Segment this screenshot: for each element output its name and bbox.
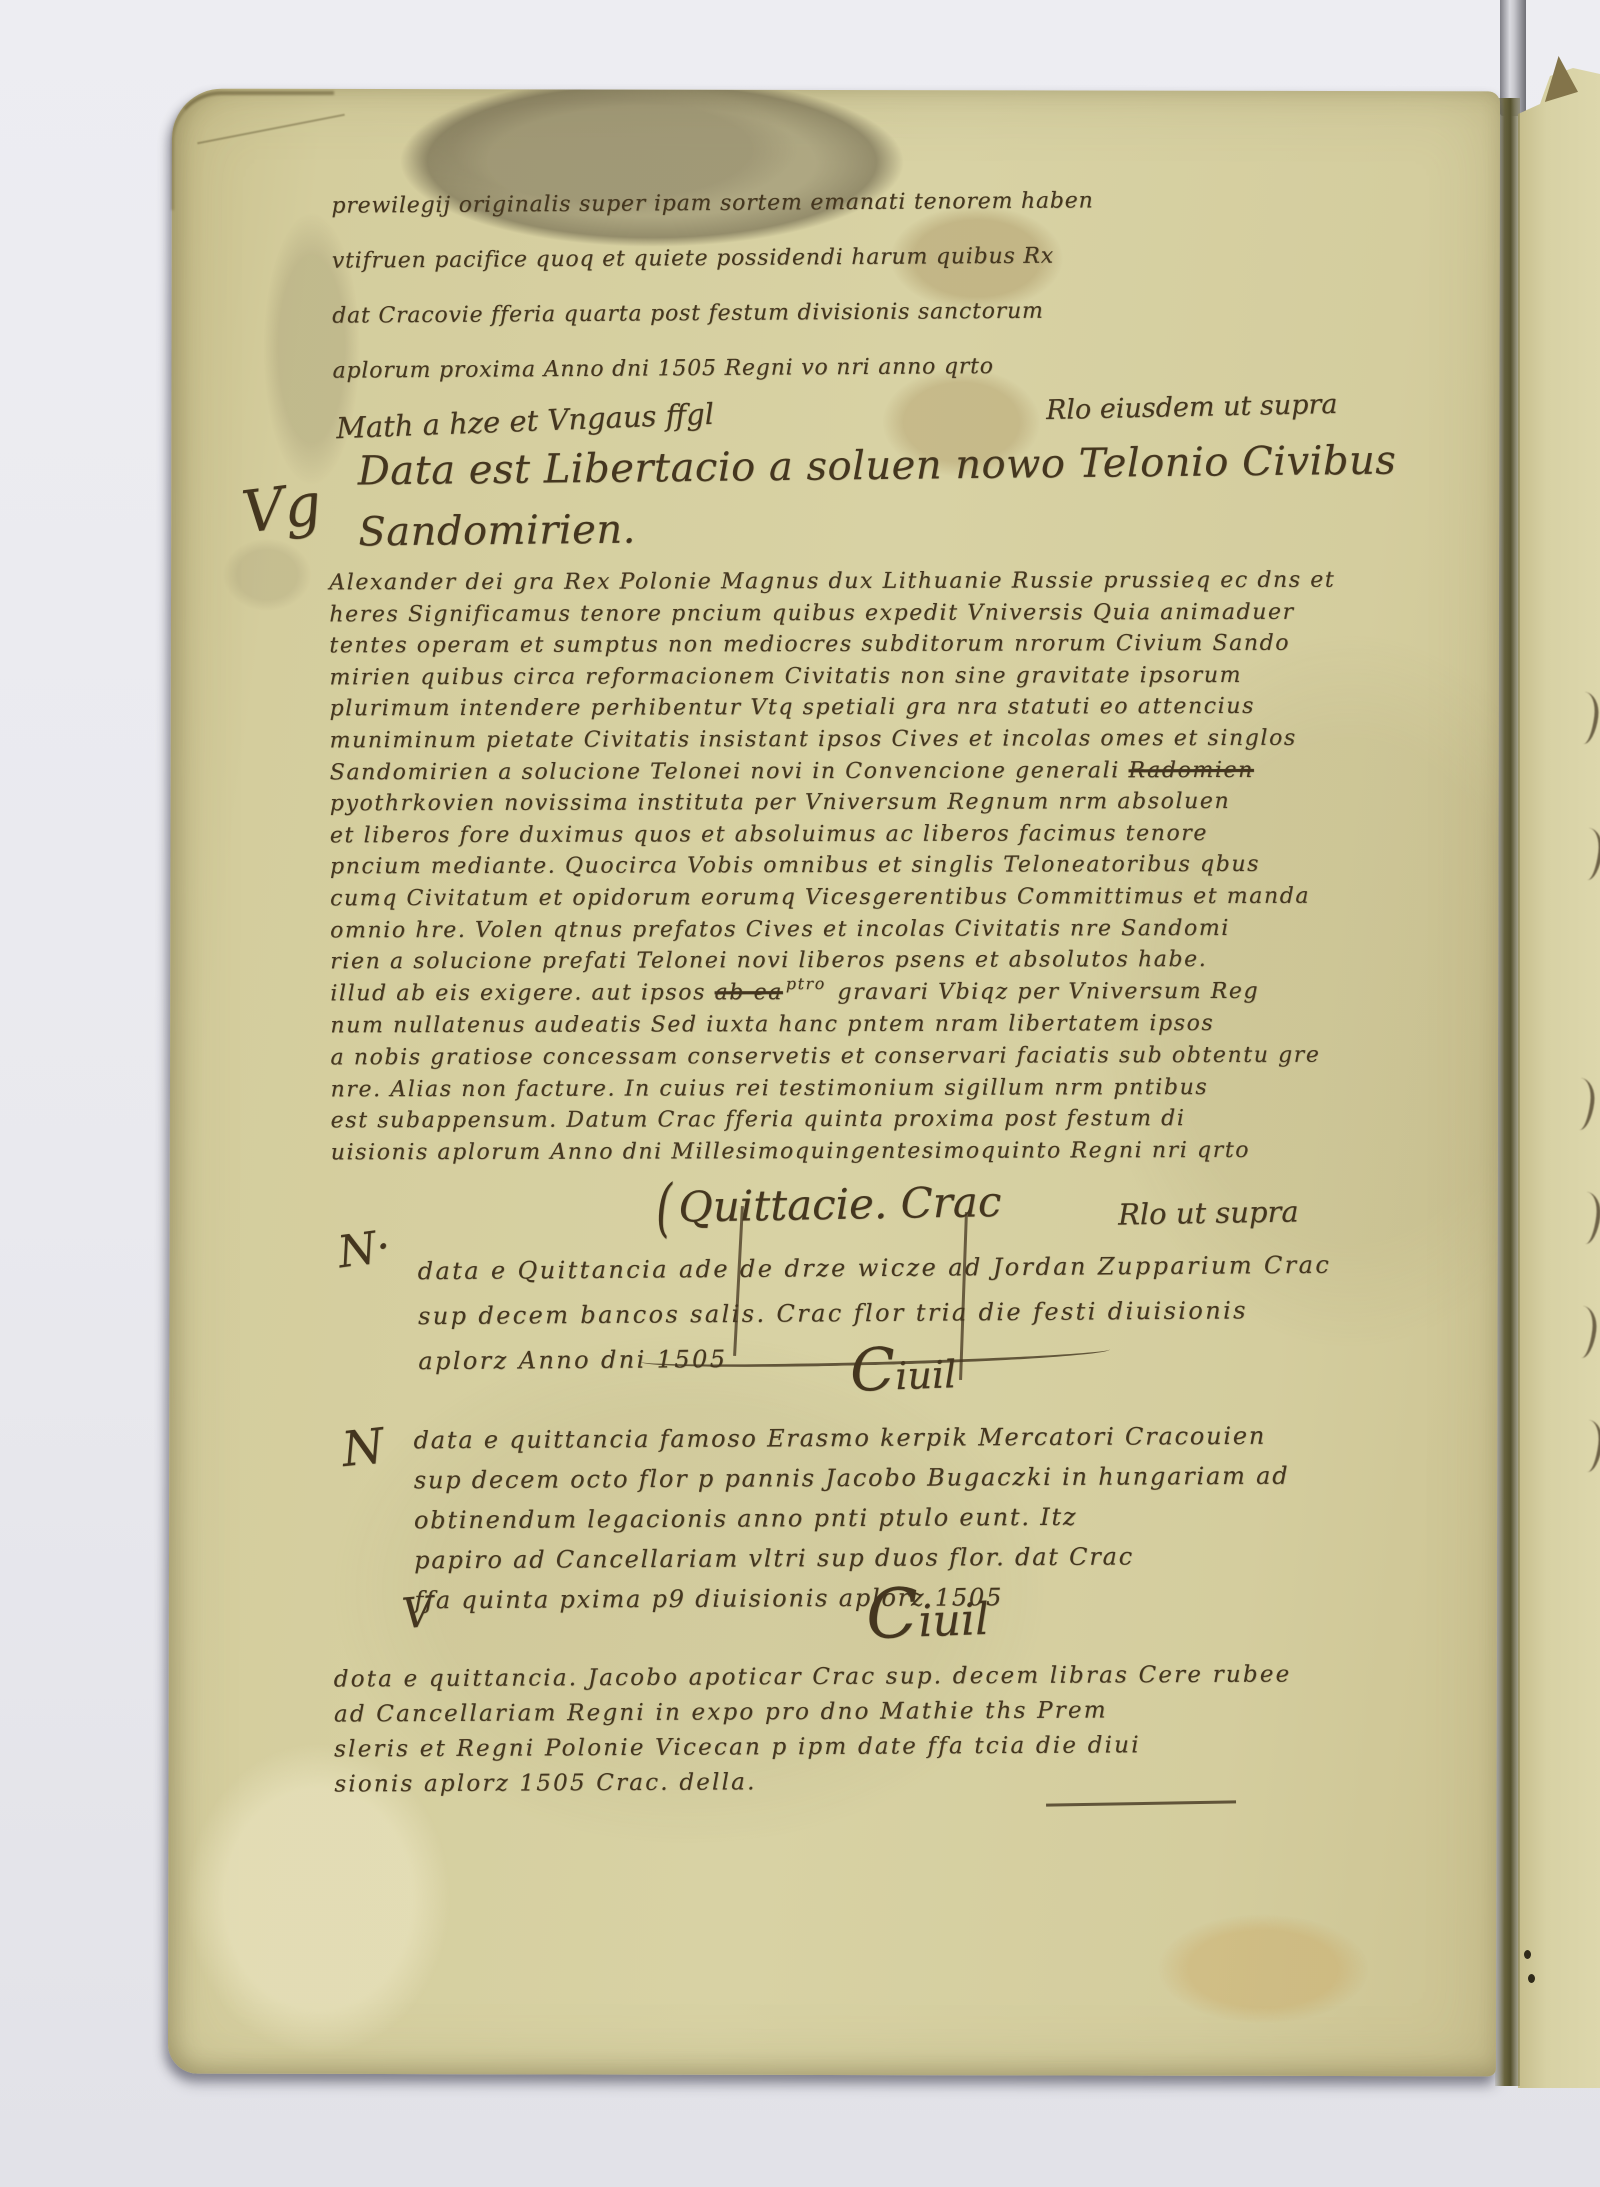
facing-page-edge — [1518, 66, 1600, 2088]
record-body: Alexander dei gra Rex Polonie Magnus dux… — [329, 565, 1337, 1169]
margin-mark-n: N — [339, 1418, 387, 1478]
rubric-line: Sandomirien. — [358, 492, 1397, 564]
record-text-line: tentes operam et sumptus non mediocres s… — [329, 628, 1335, 662]
relacio-note: Rlo eiusdem ut supra — [1046, 389, 1338, 426]
fragment-entry: prewilegij originalis super ipam sortem … — [331, 173, 1095, 398]
entry-text-line: dota e quittancia. Jacobo apoticar Crac … — [334, 1657, 1292, 1697]
record-text-line: uisionis aplorum Anno dni Millesimoquing… — [331, 1134, 1337, 1168]
record-entry-wax: dota e quittancia. Jacobo apoticar Crac … — [334, 1657, 1292, 1802]
margin-mark-v: V — [400, 1587, 434, 1638]
relacio-note: Rlo ut supra — [1118, 1194, 1299, 1231]
category-divider-civil: Ciuil — [865, 1572, 990, 1655]
manuscript-line: prewilegij originalis super ipam sortem … — [331, 173, 1094, 233]
record-text-line: nre. Alias non facture. In cuius rei tes… — [331, 1071, 1337, 1105]
record-text-line: pncium mediante. Quocirca Vobis omnibus … — [330, 849, 1336, 883]
struck-word: Radomien — [1128, 757, 1253, 782]
entry-text-line: sup decem bancos salis. Crac flor tria d… — [418, 1288, 1332, 1339]
record-text-line: mirien quibus circa reformacionem Civita… — [329, 659, 1335, 693]
record-text-line: Alexander dei gra Rex Polonie Magnus dux… — [329, 565, 1335, 599]
rubric-line: Data est Libertacio a soluen nowo Teloni… — [357, 431, 1396, 503]
struck-phrase: ab ea — [715, 980, 783, 1005]
section-rubric-text: Quittacie. Crac — [678, 1177, 1002, 1232]
category-divider-civil: Ciuil — [849, 1332, 957, 1405]
record-text-line: et liberos fore duximus quos et absoluim… — [330, 817, 1336, 851]
interlinear-insertion: ptro — [786, 974, 826, 993]
manuscript-line: dat Cracovie fferia quarta post festum d… — [332, 283, 1095, 343]
entry-text-line: ad Cancellariam Regni in expo pro dno Ma… — [334, 1692, 1292, 1732]
manuscript-line: vtifruen pacifice quoq et quiete posside… — [332, 228, 1095, 288]
record-text-line: heres Significamus tenore pncium quibus … — [329, 596, 1335, 630]
record-text-line: num nullatenus audeatis Sed iuxta hanc p… — [330, 1008, 1336, 1042]
worm-hole — [1528, 1974, 1535, 1983]
record-text-line: est subappensum. Datum Crac fferia quint… — [331, 1103, 1337, 1137]
record-text-line: omnio hre. Volen qtnus prefatos Cives et… — [330, 912, 1336, 946]
entry-text-line: sleris et Regni Polonie Vicecan p ipm da… — [334, 1727, 1292, 1767]
record-text-segment: illud ab eis exigere. aut ipsos — [330, 980, 714, 1006]
record-text-line: muniminum pietate Civitatis insistant ip… — [330, 723, 1336, 757]
record-text-line: plurimum intendere perhibentur Vtq speti… — [330, 691, 1336, 725]
entry-text-line: ffa quinta pxima p9 diuisionis aplorz 15… — [414, 1576, 1290, 1621]
record-text-line: cumq Civitatum et opidorum eorumq Vicesg… — [330, 881, 1336, 915]
bracket-flourish: ( — [655, 1170, 673, 1244]
record-text-segment: Sandomirien a solucione Telonei novi in … — [330, 758, 1129, 785]
record-entry-cloth: data e quittancia famoso Erasmo kerpik M… — [413, 1416, 1290, 1621]
corner-wear — [171, 91, 334, 210]
entry-text-line: obtinendum legacionis anno pnti ptulo eu… — [414, 1496, 1290, 1541]
margin-mark-n: N· — [335, 1221, 394, 1279]
worm-hole — [1524, 1950, 1531, 1959]
entry-text-line: data e Quittancia ade de drze wicze ad J… — [418, 1243, 1332, 1294]
record-text-line: a nobis gratiose concessam conservetis e… — [330, 1040, 1336, 1074]
record-text-line: rien a solucione prefati Telonei novi li… — [330, 944, 1336, 978]
photo-background: prewilegij originalis super ipam sortem … — [0, 0, 1600, 2187]
record-text-segment: gravari Vbiqz per Vniversum Reg — [829, 979, 1259, 1005]
section-rubric-quittacie: (Quittacie. Crac — [656, 1177, 1002, 1232]
manuscript-line: aplorum proxima Anno dni 1505 Regni vo n… — [332, 338, 1095, 398]
record-text-line: illud ab eis exigere. aut ipsos ab eaptr… — [330, 975, 1336, 1010]
entry-text-line: papiro ad Cancellariam vltri sup duos fl… — [414, 1536, 1290, 1581]
entry-text-line: data e quittancia famoso Erasmo kerpik M… — [413, 1416, 1289, 1461]
entry-text-line: sup decem octo flor p pannis Jacobo Buga… — [414, 1456, 1290, 1501]
record-text-line: pyothrkovien novissima instituta per Vni… — [330, 786, 1336, 820]
record-rubric: Data est Libertacio a soluen nowo Teloni… — [357, 431, 1397, 564]
record-text-line: Sandomirien a solucione Telonei novi in … — [330, 754, 1336, 788]
margin-mark-vg: Vg — [238, 469, 325, 546]
